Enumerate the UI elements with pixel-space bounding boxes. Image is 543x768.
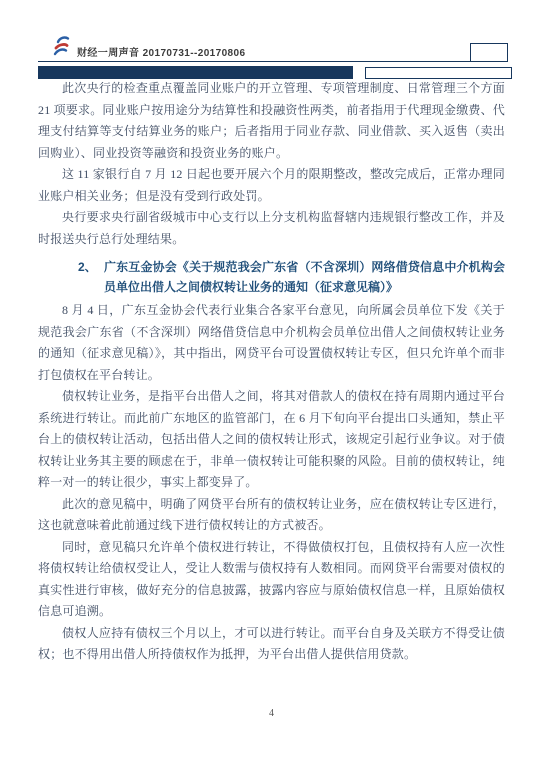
body-paragraph: 此次的意见稿中，明确了网贷平台所有的债权转让业务，应在债权转让专区进行，这也就意… <box>38 494 505 537</box>
section-heading: 2、 广东互金协会《关于规范我会广东省（不含深圳）网络借贷信息中介机构会员单位出… <box>38 258 505 297</box>
section-number: 2、 <box>78 258 104 278</box>
body-paragraph: 债权人应持有债权三个月以上，才可以进行转让。而平台自身及关联方不得受让债权；也不… <box>38 623 505 666</box>
body-paragraph: 同时，意见稿只允许单个债权进行转让，不得做债权打包，且债权持有人应一次性将债权转… <box>38 537 505 623</box>
body-paragraph: 这 11 家银行自 7 月 12 日起也要开展六个月的限期整改，整改完成后，正常… <box>38 164 505 207</box>
header-rule <box>38 61 507 62</box>
header-tab-decoration <box>470 43 508 62</box>
body-paragraph: 此次央行的检查重点覆盖同业账户的开立管理、专项管理制度、日常管理三个方面 21 … <box>38 78 505 164</box>
brand-logo-icon <box>52 35 72 59</box>
body-paragraph: 央行要求央行副省级城市中心支行以上分支机构监督辖内违规银行整改工作，并及时报送央… <box>38 207 505 250</box>
body-paragraph: 债权转让业务，是指平台出借人之间，将其对借款人的债权在持有周期内通过平台系统进行… <box>38 386 505 494</box>
body-paragraph: 8 月 4 日，广东互金协会代表行业集合各家平台意见，向所属会员单位下发《关于规… <box>38 300 505 386</box>
header-title: 财经一周声音 20170731--20170806 <box>77 44 245 59</box>
page-number: 4 <box>0 708 543 719</box>
document-page: 财经一周声音 20170731--20170806 此次央行的检查重点覆盖同业账… <box>0 0 543 768</box>
document-body: 此次央行的检查重点覆盖同业账户的开立管理、专项管理制度、日常管理三个方面 21 … <box>38 78 505 666</box>
section-title: 广东互金协会《关于规范我会广东省（不含深圳）网络借贷信息中介机构会员单位出借人之… <box>104 258 505 297</box>
